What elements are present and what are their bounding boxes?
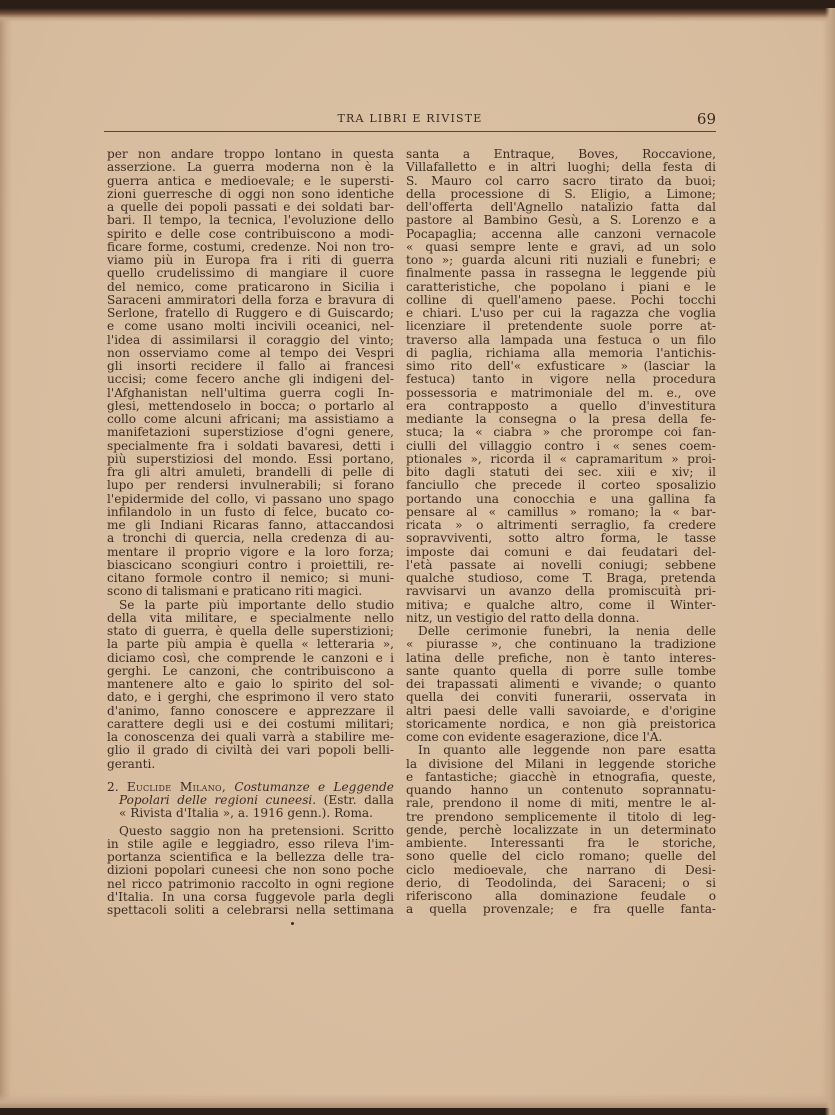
text-line: mantenere alto e gaio lo spirito del sol…: [107, 678, 394, 691]
text-line: glio il grado di civiltà dei vari popoli…: [107, 744, 394, 757]
page-number: 69: [697, 110, 716, 128]
text-line: l'epidermide del collo, vi passano uno s…: [107, 493, 394, 506]
running-title: TRA LIBRI E RIVISTE: [104, 112, 716, 125]
text-line: Serlone, fratello di Ruggero e di Guisca…: [107, 307, 394, 320]
text-line: quando hanno un contenuto soprannatu-: [406, 784, 716, 797]
text-line: possessoria e matrimoniale del m. e., ov…: [406, 387, 716, 400]
text-line: In quanto alle leggende non pare esatta: [406, 744, 716, 757]
text-line: « piurasse », che continuano la tradizio…: [406, 638, 716, 651]
text-line: dei trapassati alimenti e vivande; o qua…: [406, 678, 716, 691]
text-line: Saraceni ammiratori della forza e bravur…: [107, 294, 394, 307]
text-line: gende, perchè localizzate in un determin…: [406, 824, 716, 837]
text-line: gli insorti recidere il fallo ai frances…: [107, 360, 394, 373]
paragraph: Questo saggio non ha pretensioni. Scritt…: [107, 825, 394, 918]
text-line: la parte più ampia è quella « letteraria…: [107, 638, 394, 651]
page-mark: [291, 922, 294, 925]
text-line: caratteristiche, che popolano i piani e …: [406, 281, 716, 294]
text-line: tre prendono semplicemente il titolo di …: [406, 811, 716, 824]
text-line: derio, di Teodolinda, dei Saraceni; o si: [406, 877, 716, 890]
text-line: l'idea di assimilarsi il coraggio del vi…: [107, 334, 394, 347]
text-line: ciulli del villaggio contro i « senes co…: [406, 440, 716, 453]
text-line: citano formole contro il nemico; si muni…: [107, 572, 394, 585]
text-line: glesi, mettendoselo in bocca; o portarlo…: [107, 400, 394, 413]
text-line: della vita militare, e specialmente nell…: [107, 612, 394, 625]
paragraph: In quanto alle leggende non pare esattal…: [406, 744, 716, 916]
text-line: portando una conocchia e una gallina fa: [406, 493, 716, 506]
text-line: sono quelle del ciclo romano; quelle del: [406, 850, 716, 863]
text-line: carattere degli usi e dei costumi milita…: [107, 718, 394, 731]
text-line: l'età passate ai novelli coniugi; sebben…: [406, 559, 716, 572]
paragraph: Delle cerimonie funebri, la nenia delle«…: [406, 625, 716, 744]
header-rule: [104, 131, 716, 132]
reference-source-cont: « Rivista d'Italia », a. 1916 genn.). Ro…: [119, 806, 373, 820]
running-header: TRA LIBRI E RIVISTE 69: [104, 110, 716, 130]
page-top-edge: [0, 8, 835, 22]
text-line: festuca) tanto in vigore nella procedura: [406, 373, 716, 386]
text-line: Delle cerimonie funebri, la nenia delle: [406, 625, 716, 638]
text-line: licenziare il pretendente suole porre at…: [406, 320, 716, 333]
text-line: imposte dai comuni e dai feudatari del-: [406, 546, 716, 559]
text-line: stuca; la « ciabra » che prorompe coi fa…: [406, 426, 716, 439]
text-line: altri paesi delle valli savoiarde, e d'o…: [406, 705, 716, 718]
text-line: asserzione. La guerra moderna non è la: [107, 161, 394, 174]
text-line: tono »; guarda alcuni riti nuziali e fun…: [406, 254, 716, 267]
text-line: fanciullo che precede il corteo sposaliz…: [406, 479, 716, 492]
text-line: d'Italia. In una corsa fuggevole parla d…: [107, 891, 394, 904]
page-bottom-edge: [0, 1094, 835, 1108]
text-line: come con evidente esagerazione, dice l'A…: [406, 731, 716, 744]
text-line: colline di quell'ameno paese. Pochi tocc…: [406, 294, 716, 307]
paragraph: santa a Entraque, Boves, Roccavione,Vill…: [406, 148, 716, 625]
text-line: Questo saggio non ha pretensioni. Scritt…: [107, 825, 394, 838]
text-line: la divisione del Milani in leggende stor…: [406, 758, 716, 771]
text-line: mitiva; e qualche altro, come il Winter-: [406, 599, 716, 612]
paragraph: Se la parte più importante dello studiod…: [107, 599, 394, 771]
text-line: Villafalletto e in altri luoghi; della f…: [406, 161, 716, 174]
text-line: più superstiziosi del mondo. Essi portan…: [107, 453, 394, 466]
text-line: geranti.: [107, 758, 394, 771]
reference-line-3: « Rivista d'Italia », a. 1916 genn.). Ro…: [107, 807, 394, 820]
text-line: latina delle prefiche, non è tanto inter…: [406, 652, 716, 665]
text-line: quella dei conviti funerarii, osservata …: [406, 691, 716, 704]
text-line: spettacoli soliti a celebrarsi nella set…: [107, 904, 394, 917]
text-line: la conoscenza dei quali varrà a stabilir…: [107, 731, 394, 744]
text-line: rale, prendono il nome di miti, mentre l…: [406, 797, 716, 810]
text-line: stato di guerra, è quella delle supersti…: [107, 625, 394, 638]
reference-title: Costumanze e Leggende: [234, 780, 394, 794]
text-line: specialmente fra i soldati bavaresi, det…: [107, 440, 394, 453]
text-line: e come usano molti incivili oceanici, ne…: [107, 320, 394, 333]
text-line: portanza scientifica e la bellezza delle…: [107, 851, 394, 864]
text-line: l'Afghanistan nell'ultima guerra cogli I…: [107, 387, 394, 400]
text-line: pensare al « camillus » romano; la « bar…: [406, 506, 716, 519]
paragraph: per non andare troppo lontano in questaa…: [107, 148, 394, 599]
text-line: infilandolo in un fusto di felce, bucato…: [107, 506, 394, 519]
text-line: bito dagli statuti dei sec. xiii e xiv; …: [406, 466, 716, 479]
text-line: a quelle dei popoli passati e dei soldat…: [107, 201, 394, 214]
text-line: zioni guerresche di oggi non sono identi…: [107, 188, 394, 201]
text-line: scono di talismani e praticano riti magi…: [107, 585, 394, 598]
text-line: lupo per rendersi invulnerabili; si fora…: [107, 479, 394, 492]
text-line: quello crudelissimo di mangiare il cuore: [107, 267, 394, 280]
text-line: dato, e i gerghi, che esprimono il vero …: [107, 691, 394, 704]
text-line: gerghi. Le canzoni, che contribuiscono a: [107, 665, 394, 678]
text-line: riferiscono alla dominazione feudale o: [406, 890, 716, 903]
text-line: ricata » o altrimenti serraglio, fa cred…: [406, 519, 716, 532]
left-column: per non andare troppo lontano in questaa…: [107, 148, 394, 917]
page-right-edge: [825, 8, 835, 1115]
text-line: manifetazioni superstiziose d'ogni gener…: [107, 426, 394, 439]
text-line: ambiente. Interessanti fra le storiche,: [406, 837, 716, 850]
text-line: fra gli altri amuleti, brandelli di pell…: [107, 466, 394, 479]
text-line: santa a Entraque, Boves, Roccavione,: [406, 148, 716, 161]
text-line: dell'offerta dell'Agnello natalizio fatt…: [406, 201, 716, 214]
text-line: e fantastiche; giacchè in etnografia, qu…: [406, 771, 716, 784]
text-line: nel ricco patrimonio raccolto in ogni re…: [107, 878, 394, 891]
text-line: del nemico, come praticarono in Sicilia …: [107, 281, 394, 294]
text-line: e chiari. L'uso per cui la ragazza che v…: [406, 307, 716, 320]
text-line: mentare il proprio vigore e la loro forz…: [107, 546, 394, 559]
text-line: non osserviamo come al tempo dei Vespri: [107, 347, 394, 360]
text-line: a tronchi di quercia, nella credenza di …: [107, 532, 394, 545]
text-line: « quasi sempre lente e gravi, ad un solo: [406, 241, 716, 254]
text-line: Se la parte più importante dello studio: [107, 599, 394, 612]
text-line: bari. Il tempo, la tecnica, l'evoluzione…: [107, 214, 394, 227]
reference-number: 2.: [107, 780, 119, 794]
text-line: sante quanto quella di porre sulle tombe: [406, 665, 716, 678]
text-line: in stile agile e leggiadro, esso rileva …: [107, 838, 394, 851]
right-column: santa a Entraque, Boves, Roccavione,Vill…: [406, 148, 716, 917]
text-line: sopravviventi, sotto altro forma, le tas…: [406, 532, 716, 545]
text-line: guerra antica e medioevale; e le superst…: [107, 175, 394, 188]
text-line: era contrapposto a quello d'investitura: [406, 400, 716, 413]
bibliographic-reference: 2. Euclide Milano, Costumanze e Leggende…: [107, 781, 394, 821]
text-line: me gli Indiani Ricaras fanno, attaccando…: [107, 519, 394, 532]
text-line: spirito e delle cose contribuiscono a mo…: [107, 228, 394, 241]
text-line: d'animo, fanno conoscere e apprezzare il: [107, 705, 394, 718]
text-line: dizioni popolari cuneesi che non sono po…: [107, 864, 394, 877]
reference-line-1: 2. Euclide Milano, Costumanze e Leggende: [107, 781, 394, 794]
text-line: ravvisarvi un avanzo della promiscuità p…: [406, 585, 716, 598]
text-line: per non andare troppo lontano in questa: [107, 148, 394, 161]
text-line: della processione di S. Eligio, a Limone…: [406, 188, 716, 201]
text-line: pastore al Bambino Gesù, a S. Lorenzo e …: [406, 214, 716, 227]
text-line: qualche studioso, come T. Braga, pretend…: [406, 572, 716, 585]
reference-author: Euclide Milano,: [127, 780, 226, 794]
text-line: mediante la consegna o la presa della fe…: [406, 413, 716, 426]
text-line: di paglia, richiama alla memoria l'antic…: [406, 347, 716, 360]
text-line: S. Mauro col carro sacro tirato da buoi;: [406, 175, 716, 188]
text-line: nitz, un vestigio del ratto della donna.: [406, 612, 716, 625]
text-line: storicamente nordica, e non già preistor…: [406, 718, 716, 731]
text-line: biascicano scongiuri contro i proiettili…: [107, 559, 394, 572]
text-line: a quella provenzale; e fra quelle fanta-: [406, 903, 716, 916]
text-line: finalmente passa in rassegna le leggende…: [406, 267, 716, 280]
text-line: ptionales », ricorda il « capramaritum »…: [406, 453, 716, 466]
text-line: viamo più in Europa fra i riti di guerra: [107, 254, 394, 267]
text-line: traverso alla lampada una festuca o un f…: [406, 334, 716, 347]
text-line: ciclo medioevale, che narrano di Desi-: [406, 864, 716, 877]
reference-line-2: Popolari delle regioni cuneesi. (Estr. d…: [107, 794, 394, 807]
text-line: Pocapaglia; accenna alle canzoni vernaco…: [406, 228, 716, 241]
reference-source: (Estr. dalla: [324, 793, 394, 807]
text-line: ficare forme, costumi, credenze. Noi non…: [107, 241, 394, 254]
text-line: simo rito dell'« exfusticare » (lasciar …: [406, 360, 716, 373]
text-line: collo come alcuni africani; ma assistiam…: [107, 413, 394, 426]
reference-title-cont: Popolari delle regioni cuneesi.: [119, 793, 316, 807]
text-line: diciamo così, che comprende le canzoni e…: [107, 652, 394, 665]
text-line: uccisi; come fecero anche gli indigeni d…: [107, 373, 394, 386]
